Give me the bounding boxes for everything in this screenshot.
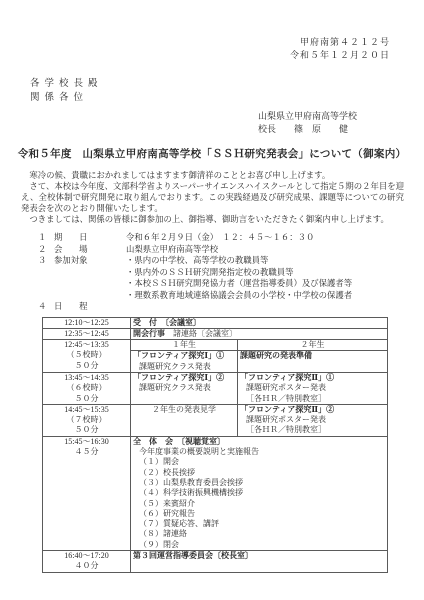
grade2-observation-cell: ２年生の発表見学 [131,404,238,436]
frontier1-1-cell: 「フロンティア探究Ⅰ」① 課題研究クラス発表 [131,351,238,373]
participant-bullet: ・県内外のＳＳＨ研究開発指定校の教職員等 [126,267,424,279]
schedule-row-period7: 14:45～15:35 （７校時） ５０分 ２年生の発表見学 「フロンティア探究… [43,404,388,436]
grade2-header: ２年生 [238,340,388,351]
info-item-participants: ３ 参加対象 ・県内の中学校、高等学校の教職員等 [38,255,424,267]
period7-time: 14:45～15:35 （７校時） ５０分 [43,404,131,436]
plenary-agenda-item: （３）山梨県教育委員会挨拶 [133,478,385,488]
body-paragraphs: 寒冷の候、貴職におかれましてはますます御清祥のこととお喜び申し上げます。 さて、… [21,170,404,225]
frontier2-1-location: ［各ＨＲ／特別教室］ [240,394,385,404]
period6-time-period: （６校時） [45,383,128,393]
info-item-date-number: １ [38,232,54,244]
plenary-time-duration: ４５分 [45,447,128,457]
document-title: 令和５年度 山梨県立甲府南高等学校「ＳＳＨ研究発表会」について（御案内） [0,146,424,161]
period7-time-period: （７校時） [45,415,128,425]
recipient-school-principals: 各学校長殿 [30,78,424,92]
period6-time-duration: ５０分 [45,394,128,404]
opening-ceremony-label: 開会行事 [133,329,165,338]
frontier1-1-detail: 課題研究クラス発表 [133,362,235,372]
participant-bullet: ・県内の中学校、高等学校の教職員等 [126,255,424,267]
period7-time-duration: ５０分 [45,425,128,435]
frontier1-2-cell: 「フロンティア探究Ⅰ」② 課題研究クラス発表 [131,372,238,404]
sender-block: 山梨県立甲府南高等学校 校長 篠 原 健 [258,110,424,135]
info-item-date-value: 令和６年２月９日（金） １２：４５～１６：３０ [126,232,424,244]
schedule-row-plenary: 15:45～16:30 ４５分 全 体 会 〔視聴覚室〕 今年度事業の概要説明と… [43,436,388,550]
info-item-program-label: 日 程 [54,301,126,313]
plenary-time-range: 15:45～16:30 [45,437,128,447]
period5-time-duration: ５０分 [45,361,128,371]
steering-committee-cell: 第３回運営指導委員会〔校長室〕 [131,551,388,573]
steering-time-duration: ４０分 [45,561,128,571]
participant-bullet: ・理数系教育地域連絡協議会会員の小学校・中学校の保護者 [126,290,424,302]
info-item-venue: ２ 会 場 山梨県立甲府南高等学校 [38,244,424,256]
info-item-date: １ 期 日 令和６年２月９日（金） １２：４５～１６：３０ [38,232,424,244]
frontier2-2-cell: 「フロンティア探究Ⅱ」② 課題研究ポスター発表 ［各ＨＲ／特別教室］ [238,404,388,436]
info-item-venue-value: 山梨県立甲府南高等学校 [126,244,424,256]
schedule-row-reception: 12:10～12:25 受 付 〔会議室〕 [43,317,388,328]
plenary-agenda-item: （６）研究報告 [133,509,385,519]
frontier1-2-detail: 課題研究クラス発表 [133,383,235,393]
sender-principal-name: 校長 篠 原 健 [258,123,424,136]
period5-time-period: （５校時） [45,350,128,360]
plenary-agenda-item: （８）諸連絡 [133,529,385,539]
main-paragraph: さて、本校は今年度、文部科学省よりスーパーサイエンスハイスクールとして指定５期の… [21,181,404,214]
grade1-header: １年生 [131,340,238,351]
plenary-agenda-item: （２）校長挨拶 [133,468,385,478]
schedule-row-opening: 12:35～12:45 開会行事 諸連絡〔会議室〕 [43,328,388,339]
greeting-paragraph: 寒冷の候、貴職におかれましてはますます御清祥のこととお喜び申し上げます。 [21,170,404,181]
closing-paragraph: つきましては、関係の皆様に御参加の上、御指導、御助言をいただきたく御案内申し上げ… [21,214,404,225]
plenary-agenda-item: （４）科学技術振興機構挨拶 [133,488,385,498]
doc-date: 令和５年１２月２０日 [0,49,390,62]
recipient-block: 各学校長殿 関係各位 [30,78,424,105]
event-info-list: １ 期 日 令和６年２月９日（金） １２：４５～１６：３０ ２ 会 場 山梨県立… [38,232,424,313]
frontier2-1-title: 「フロンティア探究Ⅱ」① [240,373,385,383]
info-item-program: ４ 日 程 [38,301,424,313]
frontier2-2-detail: 課題研究ポスター発表 [240,415,385,425]
period5-time: 12:45～13:35 （５校時） ５０分 [43,340,131,373]
frontier2-1-cell: 「フロンティア探究Ⅱ」① 課題研究ポスター発表 ［各ＨＲ／特別教室］ [238,372,388,404]
frontier2-2-title: 「フロンティア探究Ⅱ」② [240,405,385,415]
schedule-table: 12:10～12:25 受 付 〔会議室〕 12:35～12:45 開会行事 諸… [42,317,388,573]
sender-school-name: 山梨県立甲府南高等学校 [258,110,424,123]
info-item-venue-label: 会 場 [54,244,126,256]
grade2-prep-cell: 課題研究の発表準備 [238,351,388,373]
recipient-related-parties: 関係各位 [30,92,424,106]
plenary-agenda-item: （１）開会 [133,457,385,467]
info-item-participants-number: ３ [38,255,54,267]
info-item-program-number: ４ [38,301,54,313]
plenary-subtitle: 今年度事業の概要説明と実施報告 [133,447,385,457]
frontier1-2-title: 「フロンティア探究Ⅰ」② [133,373,235,383]
schedule-row-period6: 13:45～14:35 （６校時） ５０分 「フロンティア探究Ⅰ」② 課題研究ク… [43,372,388,404]
plenary-agenda-item: （５）来賓紹介 [133,499,385,509]
period6-time: 13:45～14:35 （６校時） ５０分 [43,372,131,404]
plenary-cell: 全 体 会 〔視聴覚室〕 今年度事業の概要説明と実施報告 （１）開会 （２）校長… [131,436,388,550]
period5-time-range: 12:45～13:35 [45,340,128,350]
schedule-row-period5-header: 12:45～13:35 （５校時） ５０分 １年生 ２年生 [43,340,388,351]
plenary-agenda-item: （７）質疑応答、講評 [133,519,385,529]
opening-ceremony-detail: 諸連絡〔会議室〕 [165,329,237,338]
participant-bullet: ・本校ＳＳＨ研究開発協力者（運営指導委員）及び保護者等 [126,278,424,290]
steering-time-range: 16:40～17:20 [45,551,128,561]
reception-time: 12:10～12:25 [43,317,131,328]
document-page: 甲府南第４２１２号 令和５年１２月２０日 各学校長殿 関係各位 山梨県立甲府南高… [0,0,424,600]
schedule-row-steering-committee: 16:40～17:20 ４０分 第３回運営指導委員会〔校長室〕 [43,551,388,573]
opening-ceremony-cell: 開会行事 諸連絡〔会議室〕 [131,328,388,339]
grade2-prep-label: 課題研究の発表準備 [240,351,385,361]
letterhead-meta: 甲府南第４２１２号 令和５年１２月２０日 [0,36,424,62]
doc-number: 甲府南第４２１２号 [0,36,390,49]
plenary-time: 15:45～16:30 ４５分 [43,436,131,550]
plenary-heading: 全 体 会 〔視聴覚室〕 [133,437,385,447]
frontier2-1-detail: 課題研究ポスター発表 [240,383,385,393]
steering-time: 16:40～17:20 ４０分 [43,551,131,573]
frontier1-1-title: 「フロンティア探究Ⅰ」① [133,351,235,361]
info-item-venue-number: ２ [38,244,54,256]
period7-time-range: 14:45～15:35 [45,405,128,415]
plenary-agenda-item: （９）閉会 [133,540,385,550]
info-item-date-label: 期 日 [54,232,126,244]
info-item-participants-label: 参加対象 [54,255,126,267]
frontier2-2-location: ［各ＨＲ／特別教室］ [240,425,385,435]
reception-cell: 受 付 〔会議室〕 [131,317,388,328]
period6-time-range: 13:45～14:35 [45,373,128,383]
opening-time: 12:35～12:45 [43,328,131,339]
